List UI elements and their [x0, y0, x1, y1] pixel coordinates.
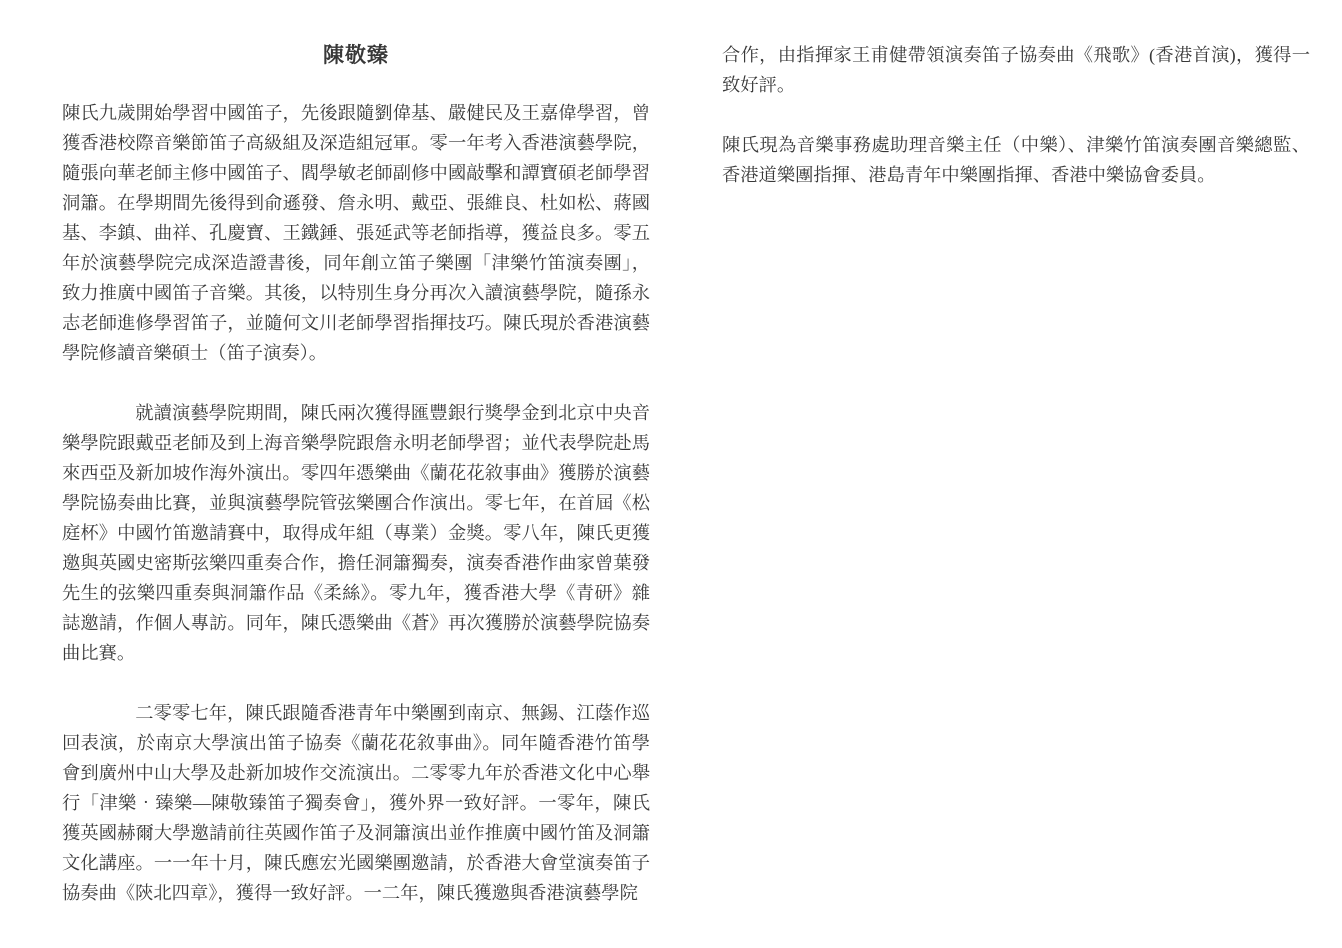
document-title: 陳敬臻	[62, 40, 650, 70]
left-page-column: 陳敬臻 陳氏九歲開始學習中國笛子，先後跟隨劉偉基、嚴健民及王嘉偉學習，曾獲香港校…	[62, 40, 650, 948]
bio-paragraph-performances: 二零零七年，陳氏跟隨香港青年中樂團到南京、無錫、江蔭作巡回表演，於南京大學演出笛…	[62, 698, 650, 908]
bio-paragraph-current-positions: 陳氏現為音樂事務處助理音樂主任（中樂）、津樂竹笛演奏團音樂總監、香港道樂團指揮、…	[722, 130, 1310, 190]
bio-paragraph-academy-awards: 就讀演藝學院期間，陳氏兩次獲得匯豐銀行獎學金到北京中央音樂學院跟戴亞老師及到上海…	[62, 398, 650, 668]
bio-paragraph-early-training: 陳氏九歲開始學習中國笛子，先後跟隨劉偉基、嚴健民及王嘉偉學習，曾獲香港校際音樂節…	[62, 98, 650, 368]
bio-paragraph-performances-continued: 合作，由指揮家王甫健帶領演奏笛子協奏曲《飛歌》(香港首演)，獲得一致好評。	[722, 40, 1310, 100]
document-spread: 陳敬臻 陳氏九歲開始學習中國笛子，先後跟隨劉偉基、嚴健民及王嘉偉學習，曾獲香港校…	[0, 0, 1342, 948]
right-page-column: 合作，由指揮家王甫健帶領演奏笛子協奏曲《飛歌》(香港首演)，獲得一致好評。 陳氏…	[722, 40, 1310, 948]
